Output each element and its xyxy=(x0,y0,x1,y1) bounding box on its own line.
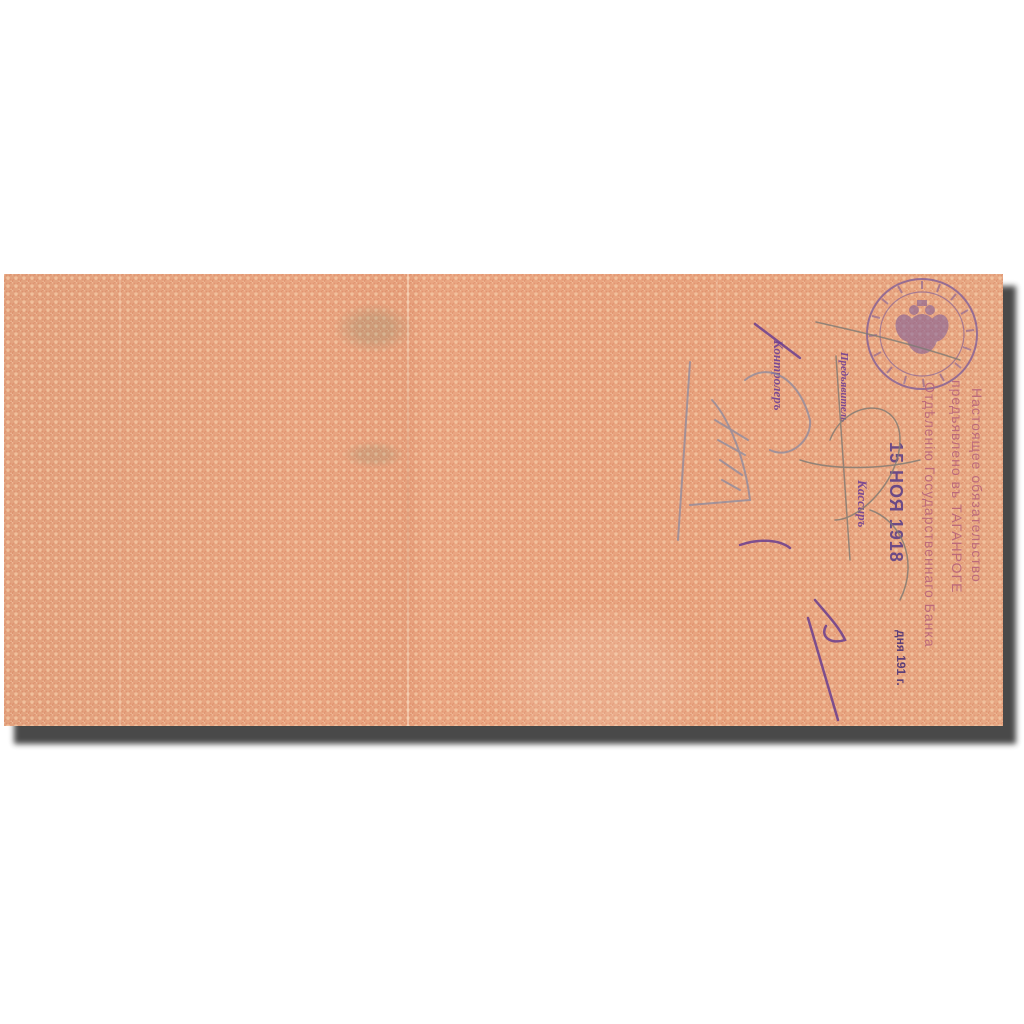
paper-fold xyxy=(716,274,718,726)
paper-fold xyxy=(407,274,409,726)
day-field: дня 191 г. xyxy=(894,630,908,686)
document-viewer: Настоящее обязательство предъявлено въ Т… xyxy=(0,0,1024,1024)
endorsement-line-2: предъявлено въ ТАГАНРОГЕ xyxy=(949,380,965,594)
cashier-label: Кассиръ xyxy=(854,480,870,527)
presenter-label: Предъявитель xyxy=(838,352,850,422)
paper-fold xyxy=(119,274,121,726)
endorsement-line-3: Отдѣленiю Государственнаго Банка xyxy=(922,382,938,648)
controller-label: Контролеръ xyxy=(770,340,786,411)
endorsement-line-1: Настоящее обязательство xyxy=(969,388,985,583)
date-stamp: 15 НОЯ 1918 xyxy=(885,442,906,563)
eagle-seal-icon xyxy=(862,274,982,394)
